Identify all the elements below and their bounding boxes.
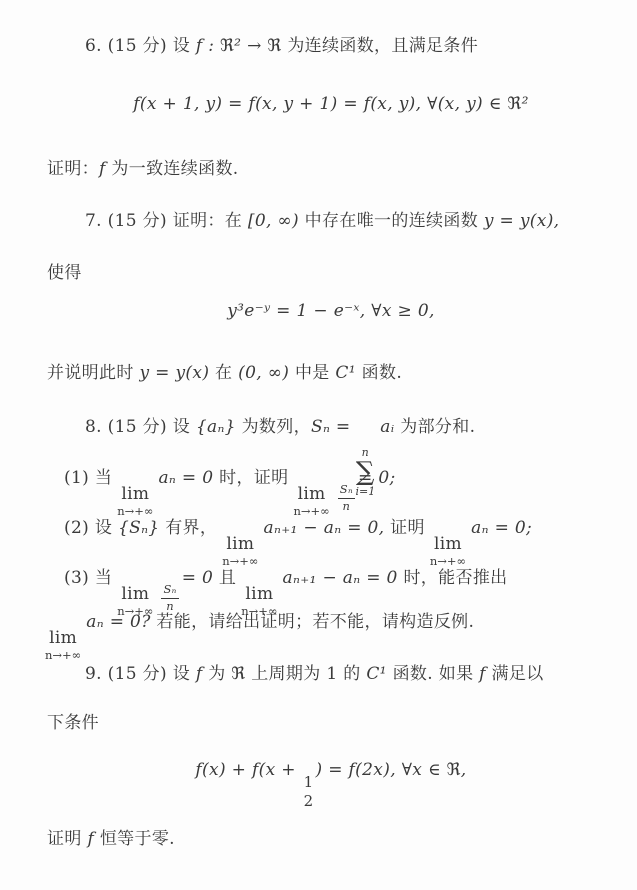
limit-operator: limn→+∞	[117, 486, 153, 518]
p8-conclusion-math: aₙ = 0?	[86, 612, 150, 632]
p8-number-and-points: 8. (15 分) 设	[85, 417, 196, 437]
fraction-denominator: n	[343, 499, 351, 513]
p7-interval: [0, ∞)	[248, 211, 299, 231]
p8-conclusion-text: 若能，请给出证明；若不能，请构造反例.	[151, 612, 475, 632]
p8-item3-suffix: 时，能否推出	[398, 568, 508, 588]
p8-sequence-symbol: {aₙ}	[196, 417, 236, 437]
p6-intro-suffix: 为连续函数，且满足条件	[282, 36, 478, 56]
p7-followup-suffix: 函数.	[356, 363, 402, 383]
p9-proof-statement: 证明 f 恒等于零.	[47, 827, 175, 851]
p6-proof-math: f	[99, 159, 106, 179]
p7-followup-prefix: 并说明此时	[47, 363, 139, 383]
p6-number-and-points: 6. (15 分) 设	[85, 36, 196, 56]
p8-intro-mid: 为数列，	[236, 417, 311, 437]
p7-followup-line: 并说明此时 y = y(x) 在 (0, ∞) 中是 C¹ 函数.	[47, 361, 402, 385]
fraction-numerator: Sₙ	[338, 484, 355, 499]
p9-number-and-points: 9. (15 分) 设	[85, 664, 196, 684]
p9-f-symbol2: f	[479, 664, 486, 684]
partial-sum-fraction: Sₙn	[161, 584, 178, 612]
p8-item2-math1: {Sₙ}	[118, 518, 160, 538]
p9-intro-line: 9. (15 分) 设 f 为 ℜ 上周期为 1 的 C¹ 函数. 如果 f 满…	[85, 662, 544, 686]
p8-item3-math1: = 0	[182, 568, 213, 588]
p8-item3-prefix: (3) 当	[64, 568, 112, 588]
p7-number-and-points: 7. (15 分) 证明：在	[85, 211, 248, 231]
p9-reals-symbol: ℜ	[231, 664, 245, 684]
p6-proof-prefix: 证明：	[47, 159, 99, 179]
p9-condition-label-line: 下条件	[47, 711, 99, 735]
p8-intro-suffix: 为部分和.	[394, 417, 475, 437]
lim-symbol: lim	[49, 630, 77, 647]
p7-such-that-text: 使得	[47, 263, 82, 283]
p6-proof-suffix: 为一致连续函数.	[106, 159, 239, 179]
p6-function-signature: f : ℜ² → ℜ	[196, 36, 282, 56]
p6-intro-line: 6. (15 分) 设 f : ℜ² → ℜ 为连续函数，且满足条件	[85, 34, 478, 58]
lim-symbol: lim	[226, 536, 254, 553]
p8-item1-mid: 时，证明	[213, 468, 288, 488]
lim-symbol: lim	[245, 586, 273, 603]
p7-c1-symbol: C¹	[335, 363, 356, 383]
p7-function-def: y = y(x),	[484, 211, 560, 231]
p7-equation-text: y³e⁻ʸ = 1 − e⁻ˣ, ∀x ≥ 0,	[227, 301, 435, 321]
p7-intro-line: 7. (15 分) 证明：在 [0, ∞) 中存在唯一的连续函数 y = y(x…	[85, 209, 559, 233]
p8-item2-math3: aₙ = 0;	[471, 518, 532, 538]
p9-c1-symbol: C¹	[366, 664, 387, 684]
lim-subscript: n→+∞	[45, 650, 81, 662]
p8-item2-math2: aₙ₊₁ − aₙ = 0,	[264, 518, 385, 538]
partial-sum-fraction: Sₙn	[338, 484, 355, 512]
p9-proof-prefix: 证明	[47, 829, 87, 849]
p7-display-equation: y³e⁻ʸ = 1 − e⁻ˣ, ∀x ≥ 0,	[25, 299, 637, 323]
p9-intro-mid1: 为	[202, 664, 231, 684]
p9-intro-suffix: 满足以	[486, 664, 544, 684]
lim-symbol: lim	[121, 586, 149, 603]
p7-followup-math1: y = y(x)	[139, 363, 209, 383]
p9-display-equation: f(x) + f(x + 12) = f(2x), ∀x ∈ ℜ,	[25, 758, 637, 809]
p7-followup-math2: (0, ∞)	[238, 363, 289, 383]
p7-followup-mid2: 中是	[289, 363, 335, 383]
p8-item2-mid2: 证明	[384, 518, 424, 538]
lim-symbol: lim	[434, 536, 462, 553]
p9-equation-right: ) = f(2x), ∀x ∈ ℜ,	[316, 760, 467, 780]
p8-item3-math2: aₙ₊₁ − aₙ = 0	[283, 568, 398, 588]
p8-item2-prefix: (2) 设	[64, 518, 118, 538]
limit-operator: limn→+∞	[294, 486, 330, 518]
p9-intro-mid2: 上周期为 1 的	[245, 664, 366, 684]
lim-symbol: lim	[298, 486, 326, 503]
p8-item1-prefix: (1) 当	[64, 468, 112, 488]
lim-symbol: lim	[121, 486, 149, 503]
p9-condition-label: 下条件	[47, 713, 99, 733]
p9-equation-left: f(x) + f(x +	[195, 760, 301, 780]
p8-summand: aᵢ	[380, 417, 394, 437]
document-page: { "page": { "colors": { "text": "#3a3a3a…	[0, 0, 637, 890]
p7-intro-mid: 中存在唯一的连续函数	[299, 211, 484, 231]
p8-item3-mid1: 且	[213, 568, 236, 588]
p8-item1-math2: = 0;	[358, 468, 396, 488]
p7-such-that-line: 使得	[47, 261, 82, 285]
fraction-denominator: 2	[304, 792, 314, 809]
p8-item-1: (1) 当limn→+∞aₙ = 0 时，证明limn→+∞Sₙn= 0;	[64, 466, 396, 518]
p6-display-equation: f(x + 1, y) = f(x, y + 1) = f(x, y), ∀(x…	[25, 92, 637, 116]
fraction-numerator: Sₙ	[161, 584, 178, 599]
limit-operator: limn→+∞	[45, 630, 81, 662]
p6-equation-text: f(x + 1, y) = f(x, y + 1) = f(x, y), ∀(x…	[133, 94, 529, 114]
limit-operator: limn→+∞	[430, 536, 466, 568]
p9-intro-mid3: 函数. 如果	[387, 664, 479, 684]
fraction-numerator: 1	[304, 775, 314, 792]
p8-item1-math1: aₙ = 0	[158, 468, 213, 488]
p9-proof-suffix: 恒等于零.	[94, 829, 175, 849]
p8-partial-sum-lhs: Sₙ =	[311, 417, 351, 437]
limit-operator: limn→+∞	[222, 536, 258, 568]
p6-proof-statement: 证明：f 为一致连续函数.	[47, 157, 239, 181]
p7-followup-mid1: 在	[209, 363, 238, 383]
p8-item2-mid1: 有界，	[159, 518, 217, 538]
p8-item-2: (2) 设 {Sₙ} 有界，limn→+∞aₙ₊₁ − aₙ = 0, 证明li…	[64, 516, 532, 568]
one-half-fraction: 12	[304, 775, 314, 809]
p8-item3-continuation: limn→+∞aₙ = 0? 若能，请给出证明；若不能，请构造反例.	[45, 610, 474, 662]
